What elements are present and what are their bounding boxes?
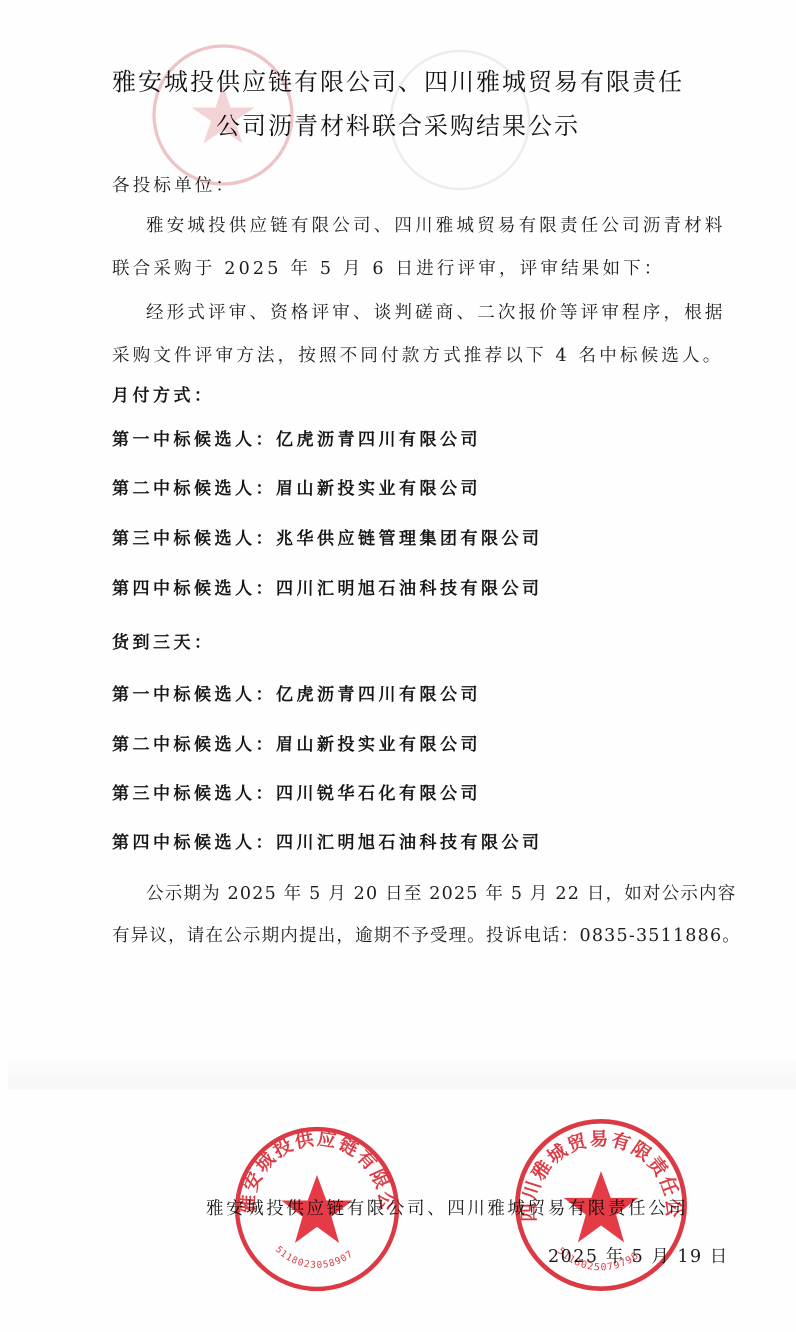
candidate-rank: 第二中标候选人：: [112, 735, 276, 755]
document-page: 雅安城投供应链有限公司、四川雅城贸易有限责任 公司沥青材料联合采购结果公示 各投…: [0, 0, 796, 1332]
method-line1: 经形式评审、资格评审、谈判磋商、二次报价等评审程序，根据: [146, 299, 726, 324]
document-title-line1: 雅安城投供应链有限公司、四川雅城贸易有限责任: [0, 62, 796, 97]
candidate-row: 第一中标候选人：亿虎沥青四川有限公司: [112, 680, 481, 705]
group-heading-monthly: 月付方式：: [112, 381, 215, 406]
candidate-rank: 第一中标候选人：: [112, 685, 276, 705]
candidate-company: 亿虎沥青四川有限公司: [276, 430, 481, 450]
candidate-rank: 第二中标候选人：: [112, 479, 276, 499]
svg-text:5118025079796: 5118025079796: [555, 1246, 641, 1274]
candidate-company: 亿虎沥青四川有限公司: [276, 685, 481, 705]
intro-line2: 联合采购于 2025 年 5 月 6 日进行评审，评审结果如下：: [112, 255, 665, 280]
candidate-company: 四川汇明旭石油科技有限公司: [276, 833, 543, 853]
scan-artifact: [8, 1060, 796, 1090]
candidate-row: 第一中标候选人：亿虎沥青四川有限公司: [112, 425, 481, 450]
official-seal-yaan-supply-chain: 雅安城投供应链有限公司 5118023058907: [232, 1124, 402, 1294]
method-line2: 采购文件评审方法，按照不同付款方式推荐以下 4 名中标候选人。: [112, 342, 723, 367]
candidate-company: 四川锐华石化有限公司: [276, 784, 481, 804]
salutation: 各投标单位：: [112, 172, 236, 197]
candidate-rank: 第四中标候选人：: [112, 833, 276, 853]
candidate-row: 第三中标候选人：四川锐华石化有限公司: [112, 779, 481, 804]
seal-code: 5118025079796: [555, 1246, 641, 1274]
intro-line1: 雅安城投供应链有限公司、四川雅城贸易有限责任公司沥青材料: [146, 212, 726, 237]
seal-star-icon: [564, 1171, 639, 1242]
svg-text:5118023058907: 5118023058907: [273, 1244, 356, 1271]
candidate-row: 第四中标候选人：四川汇明旭石油科技有限公司: [112, 828, 543, 853]
candidate-row: 第二中标候选人：眉山新投实业有限公司: [112, 730, 481, 755]
candidate-rank: 第四中标候选人：: [112, 579, 276, 599]
candidate-rank: 第一中标候选人：: [112, 430, 276, 450]
seal-code: 5118023058907: [273, 1244, 356, 1271]
notice-line2: 有异议，请在公示期内提出，逾期不予受理。投诉电话：0835-3511886。: [112, 922, 741, 947]
candidate-row: 第四中标候选人：四川汇明旭石油科技有限公司: [112, 574, 543, 599]
candidate-company: 眉山新投实业有限公司: [276, 735, 481, 755]
group-heading-delivery: 货到三天：: [112, 628, 215, 653]
candidate-row: 第三中标候选人：兆华供应链管理集团有限公司: [112, 524, 543, 549]
candidate-company: 四川汇明旭石油科技有限公司: [276, 579, 543, 599]
candidate-company: 兆华供应链管理集团有限公司: [276, 529, 543, 549]
seal-star-icon: [281, 1175, 352, 1243]
candidate-company: 眉山新投实业有限公司: [276, 479, 481, 499]
official-seal-yacheng-trade: 四川雅城贸易有限责任公司 5118025079796: [512, 1116, 690, 1294]
document-title-line2: 公司沥青材料联合采购结果公示: [0, 106, 796, 141]
notice-line1: 公示期为 2025 年 5 月 20 日至 2025 年 5 月 22 日，如对…: [146, 880, 736, 905]
candidate-rank: 第三中标候选人：: [112, 529, 276, 549]
candidate-row: 第二中标候选人：眉山新投实业有限公司: [112, 474, 481, 499]
candidate-rank: 第三中标候选人：: [112, 784, 276, 804]
